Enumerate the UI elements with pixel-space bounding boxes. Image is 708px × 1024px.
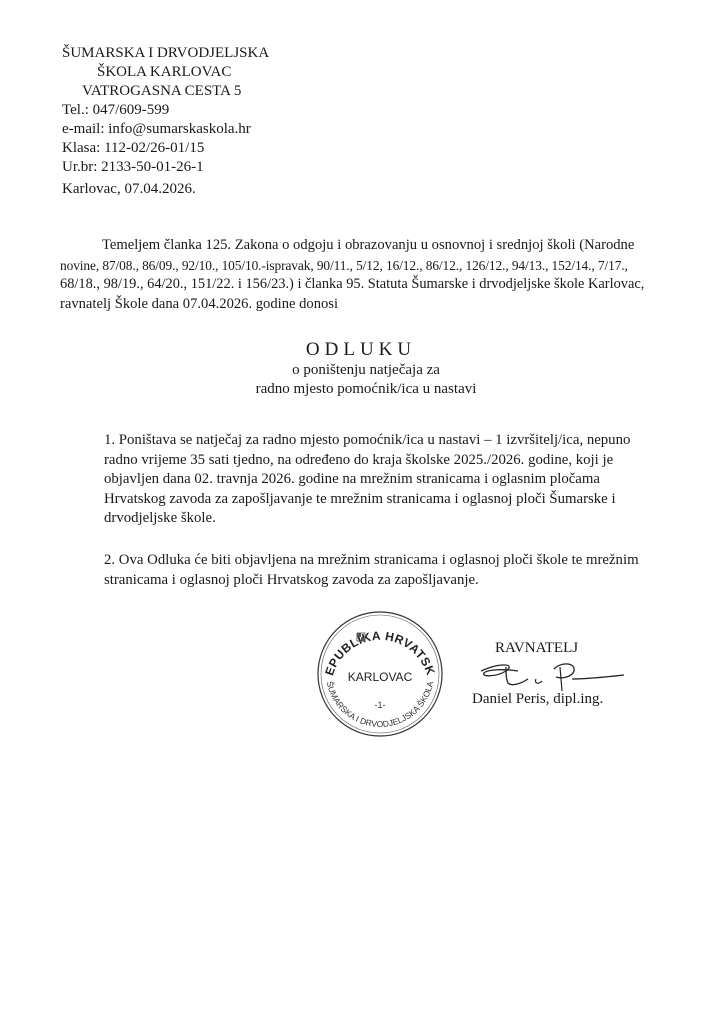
subtitle-line: o poništenju natječaja za [24, 361, 708, 380]
decision-subtitle: o poništenju natječaja za radno mjesto p… [0, 361, 708, 399]
preamble: Temeljem članka 125. Zakona o odgoju i o… [60, 236, 660, 314]
svg-text:KARLOVAC: KARLOVAC [348, 670, 413, 684]
item-line: drvodjeljske škole. [104, 509, 630, 529]
item-line: stranicama i oglasnoj ploči Hrvatskog za… [104, 571, 639, 591]
item-line: 1. Poništava se natječaj za radno mjesto… [104, 431, 630, 451]
handwritten-signature-icon [476, 659, 626, 693]
item-line: 2. Ova Odluka će biti objavljena na mrež… [104, 551, 639, 571]
stamp-seal-icon: REPUBLIKA HRVATSKA ŠUMARSKA I DRVODJELJS… [310, 609, 450, 739]
school-name-line1: ŠUMARSKA I DRVODJELJSKA [62, 44, 269, 63]
school-address: VATROGASNA CESTA 5 [62, 82, 269, 101]
signatory-title: RAVNATELJ [472, 640, 622, 657]
svg-text:-1-: -1- [375, 700, 386, 710]
document-reg-number: Ur.br: 2133-50-01-26-1 [62, 158, 269, 177]
school-phone: Tel.: 047/609-599 [62, 101, 269, 120]
school-email: e-mail: info@sumarskaskola.hr [62, 120, 269, 139]
signature-block: RAVNATELJ Daniel Peris, dipl.ing. [472, 640, 622, 708]
decision-title: ODLUKU [0, 339, 708, 361]
decision-item-1: 1. Poništava se natječaj za radno mjesto… [104, 431, 630, 529]
preamble-line: novine, 87/08., 86/09., 92/10., 105/10.-… [60, 256, 660, 276]
svg-text:REPUBLIKA HRVATSKA: REPUBLIKA HRVATSKA [310, 609, 438, 677]
preamble-line: ravnatelj Škole dana 07.04.2026. godine … [60, 295, 660, 315]
item-line: Hrvatskog zavoda za zapošljavanje te mre… [104, 490, 630, 510]
document-class: Klasa: 112-02/26-01/15 [62, 139, 269, 158]
signatory-name: Daniel Peris, dipl.ing. [472, 691, 622, 708]
item-line: objavljen dana 02. travnja 2026. godine … [104, 470, 630, 490]
item-line: radno vrijeme 35 sati tjedno, na određen… [104, 451, 630, 471]
preamble-line: Temeljem članka 125. Zakona o odgoju i o… [60, 236, 660, 256]
official-stamp: REPUBLIKA HRVATSKA ŠUMARSKA I DRVODJELJS… [310, 609, 450, 739]
school-name-line2: ŠKOLA KARLOVAC [62, 63, 269, 82]
preamble-line: 68/18., 98/19., 64/20., 151/22. i 156/23… [60, 275, 660, 295]
decision-item-2: 2. Ova Odluka će biti objavljena na mrež… [104, 551, 639, 590]
place-date: Karlovac, 07.04.2026. [62, 181, 196, 198]
subtitle-line: radno mjesto pomoćnik/ica u nastavi [24, 380, 708, 399]
letterhead: ŠUMARSKA I DRVODJELJSKA ŠKOLA KARLOVAC V… [62, 44, 269, 177]
